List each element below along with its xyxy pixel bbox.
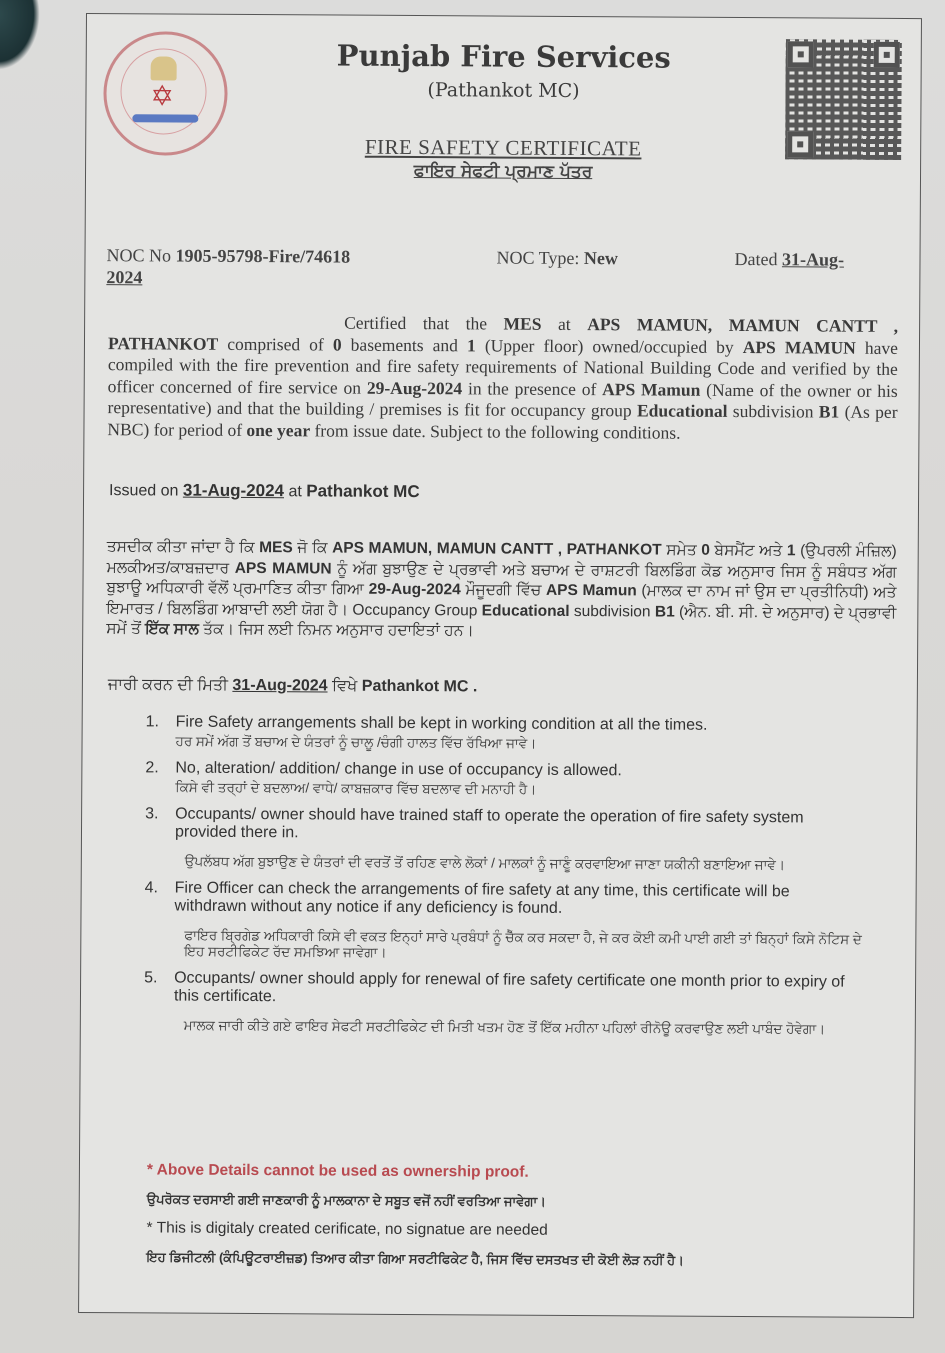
footnotes: * Above Details cannot be used as owners… [146,1161,867,1281]
owner: APS MAMUN [743,337,856,358]
basements-count: 0 [333,334,342,354]
digital-certificate-note-pa: ਇਹ ਡਿਜੀਟਲੀ (ਕੰਪਿਊਟਰਾਈਜ਼ਡ) ਤਿਆਰ ਕੀਤਾ ਗਿਆ … [146,1249,866,1269]
condition-item: 2. No, alteration/ addition/ change in u… [145,759,865,799]
certificate-border [78,13,922,1318]
noc-number-field: NOC No 1905-95798-Fire/74618 [106,245,350,266]
condition-number: 3. [145,805,158,823]
text: ਬੇਸਮੈਂਟ ਅਤੇ [710,542,787,559]
text: ਮੌਜੂਦਗੀ ਵਿੱਚ [461,581,546,599]
validity-period: ਇੱਕ ਸਾਲ [145,620,199,637]
text: ਸਮੇਤ [662,542,702,559]
issued-date-pa: 31-Aug-2024 [232,677,327,695]
ownership-disclaimer-pa: ਉਪਰੋਕਤ ਦਰਸਾਈ ਗਈ ਜਾਣਕਾਰੀ ਨੂੰ ਮਾਲਕਾਨਾ ਦੇ ਸ… [147,1191,867,1211]
issued-label: Issued on [109,482,178,499]
floors-count: 1 [787,542,796,559]
verified-date: 29-Aug-2024 [369,581,461,599]
issued-at-label: at [288,483,301,500]
issued-line-pa: ਜਾਰੀ ਕਰਨ ਦੀ ਮਿਤੀ 31-Aug-2024 ਵਿਖੇ Pathan… [108,676,478,696]
text: at [541,314,587,334]
representative: APS Mamun [546,582,637,600]
text: comprised of [218,333,333,354]
issued-at-label-pa: ਵਿਖੇ [332,678,357,695]
representative: APS Mamun [602,379,700,400]
noc-label: NOC No [106,245,171,265]
issued-line: Issued on 31-Aug-2024 at Pathankot MC [109,480,420,502]
condition-item: 1. Fire Safety arrangements shall be kep… [146,713,866,753]
condition-text-pa: ਫਾਇਰ ਬ੍ਰਿਗੇਡ ਅਧਿਕਾਰੀ ਕਿਸੇ ਵੀ ਵਕਤ ਇਨ੍ਹਾਂ … [174,928,864,964]
ownership-disclaimer-en: * Above Details cannot be used as owners… [147,1161,867,1183]
condition-text-en: No, alteration/ addition/ change in use … [175,760,865,782]
certificate-title-en: FIRE SAFETY CERTIFICATE [85,133,921,163]
condition-text-pa: ਮਾਲਕ ਜਾਰੀ ਕੀਤੇ ਗਏ ਫਾਇਰ ਸੇਫਟੀ ਸਰਟੀਫਿਕੇਟ ਦ… [174,1018,864,1038]
background-cloth [0,0,40,70]
condition-item: 5. Occupants/ owner should apply for ren… [144,969,864,1037]
verified-date: 29-Aug-2024 [367,377,462,398]
dated-year: 2024 [106,267,142,288]
condition-text-en: Occupants/ owner should apply for renewa… [174,970,864,1010]
text: subdivision [727,401,818,422]
condition-text-pa: ਉਪਲੱਬਧ ਅੱਗ ਬੁਝਾਉਣ ਦੇ ਯੰਤਰਾਂ ਦੀ ਵਰਤੋਂ ਤੋਂ… [175,854,865,874]
condition-text-pa: ਕਿਸੇ ਵੀ ਤਰ੍ਹਾਂ ਦੇ ਬਦਲਾਅ/ ਵਾਧੇ/ ਕਾਬਜ਼ਕਾਰ … [175,780,865,800]
text: ਤੱਕ। ਜਿਸ ਲਈ ਨਿਮਨ ਅਨੁਸਾਰ ਹਦਾਇਤਾਂ ਹਨ। [199,621,474,640]
certificate-page: ✡ Punjab Fire Services (Pathankot MC) FI… [78,13,922,1318]
issued-place: Pathankot MC [306,481,419,501]
text: subdivision [570,602,655,620]
issued-place-pa: Pathankot MC . [362,678,478,696]
certificate-body-en: Certified that the MES at APS MAMUN, MAM… [107,311,898,445]
text: ਜੋ ਕਿ [293,539,332,556]
issued-label-pa: ਜਾਰੀ ਕਰਨ ਦੀ ਮਿਤੀ [108,676,228,694]
basements-count: 0 [701,542,710,559]
text: basements and [342,334,468,355]
text: from issue date. Subject to the followin… [310,420,680,442]
condition-text-en: Fire Safety arrangements shall be kept i… [176,714,866,736]
noc-type-label: NOC Type: [496,248,579,269]
condition-number: 5. [144,969,157,987]
certificate-body-pa: ਤਸਦੀਕ ਕੀਤਾ ਜਾਂਦਾ ਹੈ ਕਿ MES ਜੋ ਕਿ APS MAM… [106,537,897,644]
subdivision: B1 [655,603,675,620]
condition-number: 4. [145,879,158,897]
condition-text-pa: ਹਰ ਸਮੇਂ ਅੱਗ ਤੋਂ ਬਚਾਅ ਦੇ ਯੰਤਰਾਂ ਨੂੰ ਚਾਲੂ … [176,734,866,754]
condition-number: 2. [145,759,158,777]
text: Certified that the [344,313,504,334]
text: in the presence of [462,378,602,399]
condition-text-en: Fire Officer can check the arrangements … [174,880,864,920]
dated-field: Dated 31-Aug- [734,249,844,271]
wave-icon [132,114,198,122]
condition-number: 1. [146,713,159,731]
org-name: Punjab Fire Services [86,37,922,76]
dated-label: Dated [734,249,777,269]
issued-date: 31-Aug-2024 [183,481,284,501]
text: (Upper floor) owned/occupied by [476,335,743,357]
owner: APS MAMUN [235,559,332,577]
conditions-list: 1. Fire Safety arrangements shall be kep… [144,713,866,1047]
validity-period: one year [246,419,310,439]
noc-number: 1905-95798-Fire/74618 [175,246,350,267]
condition-item: 4. Fire Officer can check the arrangemen… [144,879,864,963]
subdivision: B1 [819,401,840,421]
dated-value: 31-Aug- [782,249,844,269]
floors-count: 1 [467,335,476,355]
address: APS MAMUN, MAMUN CANTT , PATHANKOT [332,540,662,559]
noc-type: New [584,248,618,268]
occupant: MES [504,314,542,334]
text: ਤਸਦੀਕ ਕੀਤਾ ਜਾਂਦਾ ਹੈ ਕਿ [107,538,260,556]
condition-text-en: Occupants/ owner should have trained sta… [175,806,865,846]
digital-certificate-note-en: * This is digitaly created cerificate, n… [147,1219,867,1241]
occupant: MES [259,539,293,556]
noc-type-field: NOC Type: New [496,248,618,270]
occupancy-group: Educational [482,602,570,620]
occupancy-group: Educational [637,400,728,421]
condition-item: 3. Occupants/ owner should have trained … [145,805,865,873]
